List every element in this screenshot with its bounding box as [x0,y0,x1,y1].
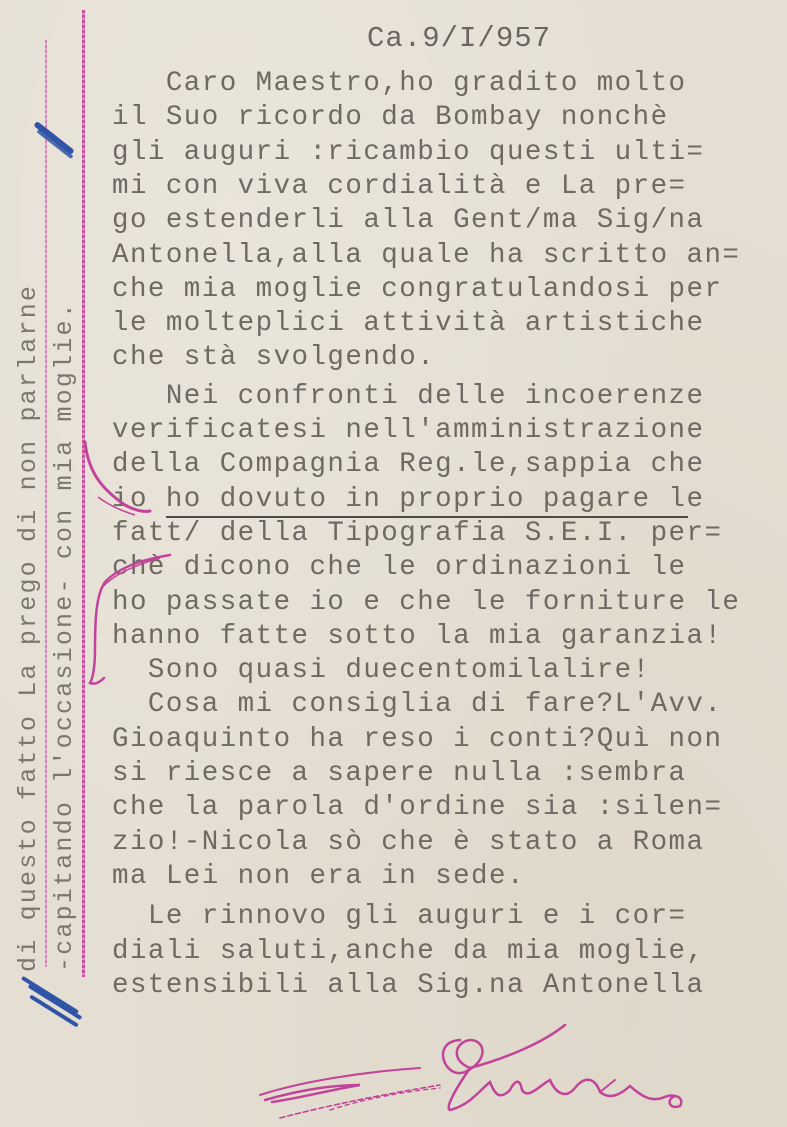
bracket-mark [90,555,170,684]
bracket-mark [85,442,150,511]
handwriting-overlay [0,0,787,1127]
signature [260,1025,681,1118]
